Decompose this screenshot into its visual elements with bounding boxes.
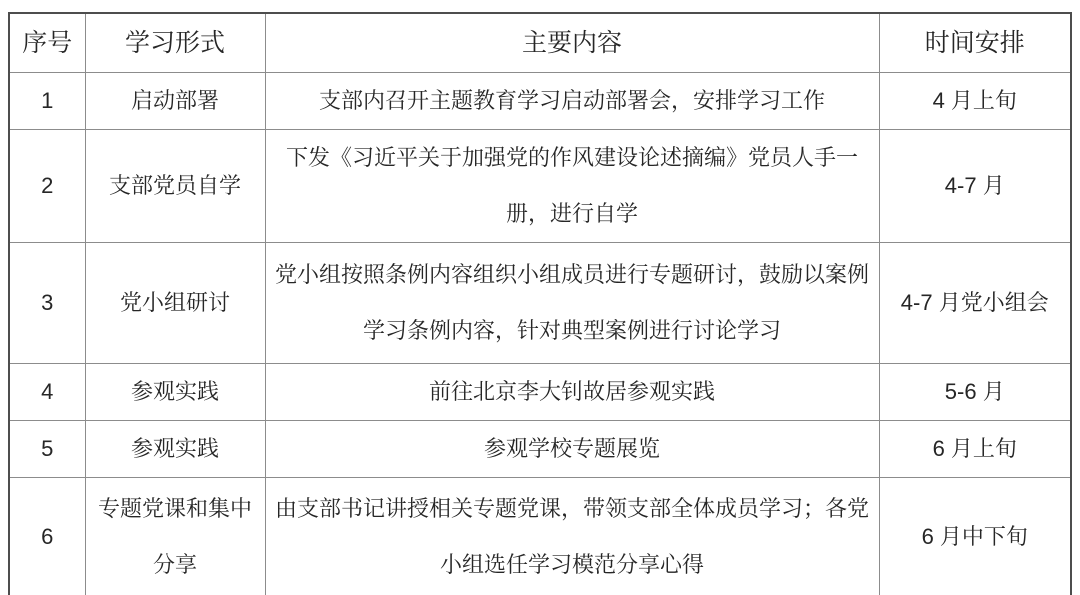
time-cell: 6 月上旬 <box>879 421 1071 478</box>
row-number-cell: 2 <box>9 130 85 243</box>
table-row: 5 参观实践 参观学校专题展览 6 月上旬 <box>9 421 1071 478</box>
document-page: 序号 学习形式 主要内容 时间安排 1 启动部署 支部内召开主题教育学习启动部署… <box>0 0 1080 595</box>
row-number-cell: 4 <box>9 364 85 421</box>
form-cell: 启动部署 <box>85 73 265 130</box>
content-cell: 下发《习近平关于加强党的作风建设论述摘编》党员人手一册，进行自学 <box>265 130 879 243</box>
time-cell: 4-7 月党小组会 <box>879 243 1071 364</box>
study-schedule-table: 序号 学习形式 主要内容 时间安排 1 启动部署 支部内召开主题教育学习启动部署… <box>8 12 1072 595</box>
content-cell: 支部内召开主题教育学习启动部署会，安排学习工作 <box>265 73 879 130</box>
time-cell: 4-7 月 <box>879 130 1071 243</box>
form-cell: 支部党员自学 <box>85 130 265 243</box>
row-number-cell: 5 <box>9 421 85 478</box>
header-cell-main: 主要内容 <box>265 13 879 73</box>
form-cell: 专题党课和集中分享 <box>85 478 265 595</box>
table-row: 1 启动部署 支部内召开主题教育学习启动部署会，安排学习工作 4 月上旬 <box>9 73 1071 130</box>
form-cell: 党小组研讨 <box>85 243 265 364</box>
header-cell-time: 时间安排 <box>879 13 1071 73</box>
time-cell: 4 月上旬 <box>879 73 1071 130</box>
time-cell: 5-6 月 <box>879 364 1071 421</box>
header-cell-no: 序号 <box>9 13 85 73</box>
row-number-cell: 6 <box>9 478 85 595</box>
content-cell: 参观学校专题展览 <box>265 421 879 478</box>
time-cell: 6 月中下旬 <box>879 478 1071 595</box>
form-cell: 参观实践 <box>85 364 265 421</box>
table-row: 3 党小组研讨 党小组按照条例内容组织小组成员进行专题研讨，鼓励以案例学习条例内… <box>9 243 1071 364</box>
table-row: 2 支部党员自学 下发《习近平关于加强党的作风建设论述摘编》党员人手一册，进行自… <box>9 130 1071 243</box>
row-number-cell: 1 <box>9 73 85 130</box>
form-cell: 参观实践 <box>85 421 265 478</box>
table-header-row: 序号 学习形式 主要内容 时间安排 <box>9 13 1071 73</box>
content-cell: 前往北京李大钊故居参观实践 <box>265 364 879 421</box>
content-cell: 由支部书记讲授相关专题党课，带领支部全体成员学习；各党小组选任学习模范分享心得 <box>265 478 879 595</box>
header-cell-form: 学习形式 <box>85 13 265 73</box>
row-number-cell: 3 <box>9 243 85 364</box>
content-cell: 党小组按照条例内容组织小组成员进行专题研讨，鼓励以案例学习条例内容，针对典型案例… <box>265 243 879 364</box>
table-row: 6 专题党课和集中分享 由支部书记讲授相关专题党课，带领支部全体成员学习；各党小… <box>9 478 1071 595</box>
table-row: 4 参观实践 前往北京李大钊故居参观实践 5-6 月 <box>9 364 1071 421</box>
